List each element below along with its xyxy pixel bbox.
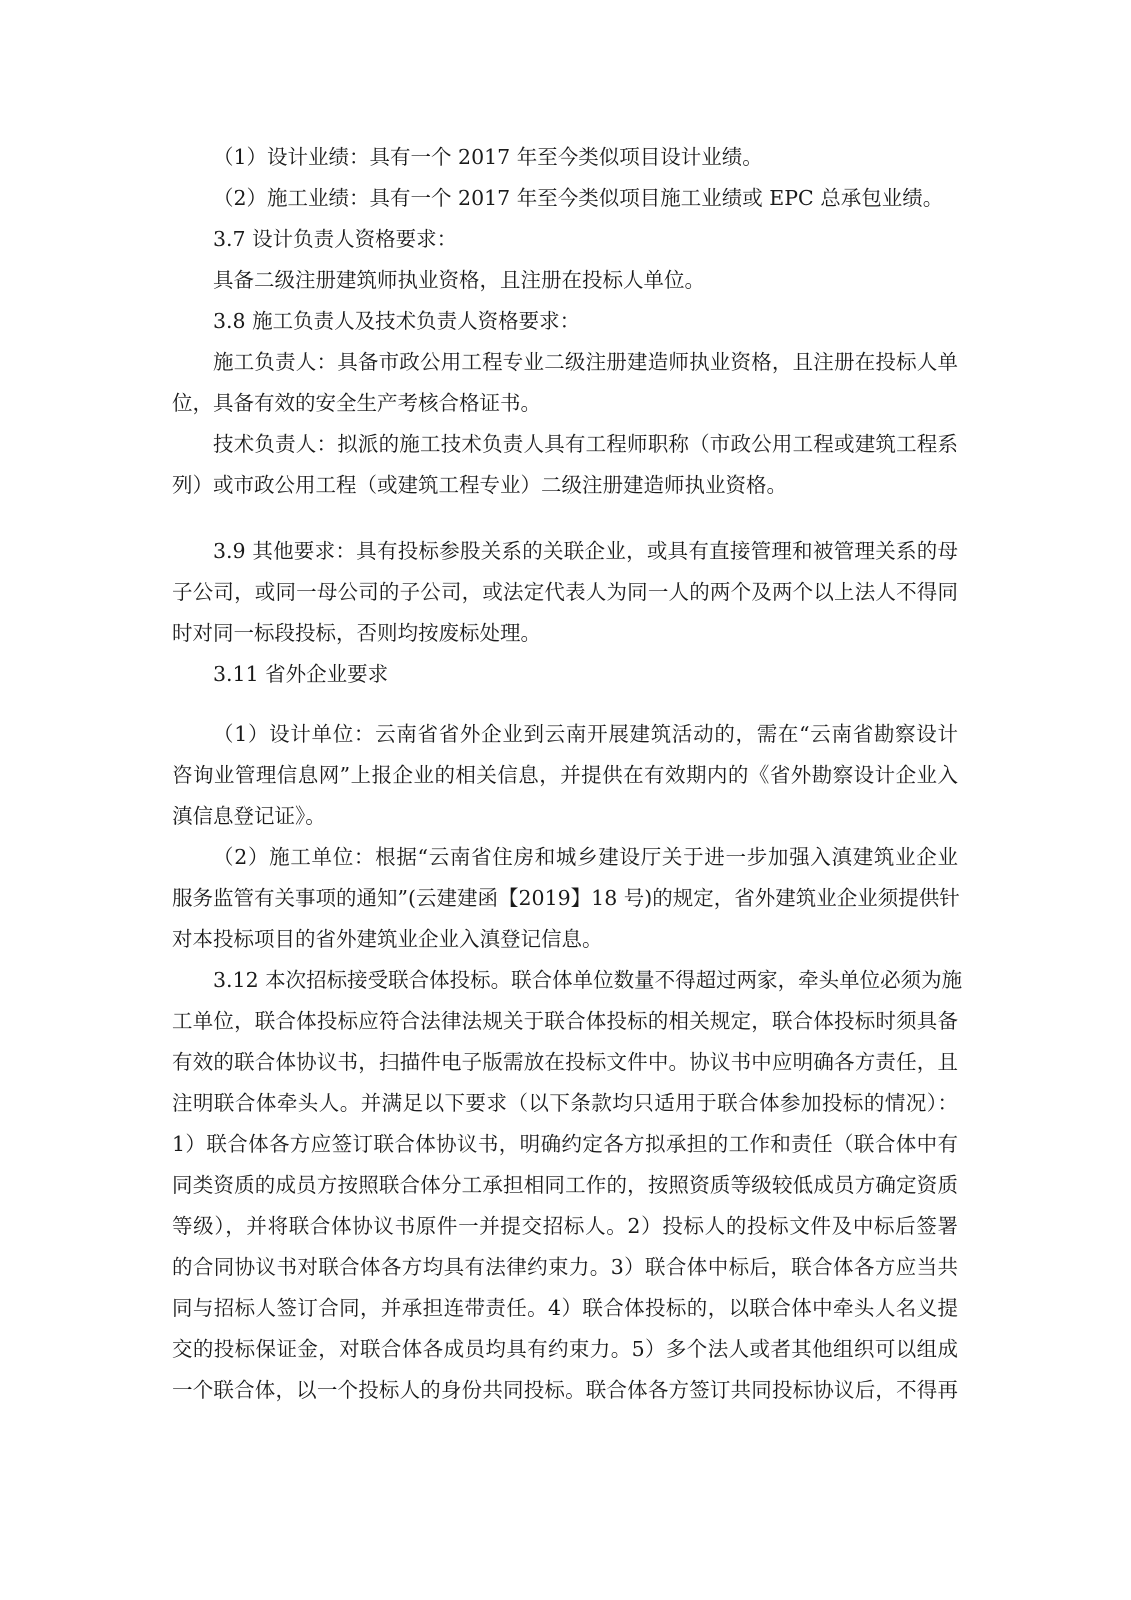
paragraph-line: 施工负责人：具备市政公用工程专业二级注册建造师执业资格，且注册在投标人单 <box>213 348 958 376</box>
paragraph-line: 同与招标人签订合同，并承担连带责任。4）联合体投标的，以联合体中牵头人名义提 <box>172 1294 958 1322</box>
paragraph-line: 等级），并将联合体协议书原件一并提交招标人。2）投标人的投标文件及中标后签署 <box>172 1212 958 1240</box>
paragraph-line: （2）施工单位：根据“云南省住房和城乡建设厅关于进一步加强入滇建筑业企业 <box>213 843 958 871</box>
paragraph-line: 的合同协议书对联合体各方均具有法律约束力。3）联合体中标后，联合体各方应当共 <box>172 1253 958 1281</box>
paragraph-line: （2）施工业绩：具有一个 2017 年至今类似项目施工业绩或 EPC 总承包业绩… <box>213 184 958 212</box>
paragraph-line: 同类资质的成员方按照联合体分工承担相同工作的，按照资质等级较低成员方确定资质 <box>172 1171 958 1199</box>
paragraph-line: 一个联合体，以一个投标人的身份共同投标。联合体各方签订共同投标协议后，不得再 <box>172 1376 958 1404</box>
paragraph-line: 有效的联合体协议书，扫描件电子版需放在投标文件中。协议书中应明确各方责任，且 <box>172 1048 958 1076</box>
paragraph-line: 3.7 设计负责人资格要求： <box>213 225 958 253</box>
paragraph-line: 具备二级注册建筑师执业资格，且注册在投标人单位。 <box>213 266 958 294</box>
paragraph-line: 交的投标保证金，对联合体各成员均具有约束力。5）多个法人或者其他组织可以组成 <box>172 1335 958 1363</box>
paragraph-line: 列）或市政公用工程（或建筑工程专业）二级注册建造师执业资格。 <box>172 471 958 499</box>
paragraph-line: 3.8 施工负责人及技术负责人资格要求： <box>213 307 958 335</box>
paragraph-line: 1）联合体各方应签订联合体协议书，明确约定各方拟承担的工作和责任（联合体中有 <box>172 1130 958 1158</box>
paragraph-line: 位，具备有效的安全生产考核合格证书。 <box>172 389 958 417</box>
paragraph-line: （1）设计业绩：具有一个 2017 年至今类似项目设计业绩。 <box>213 143 958 171</box>
paragraph-line: 3.12 本次招标接受联合体投标。联合体单位数量不得超过两家，牵头单位必须为施 <box>213 966 958 994</box>
paragraph-line: 咨询业管理信息网”上报企业的相关信息，并提供在有效期内的《省外勘察设计企业入 <box>172 761 958 789</box>
paragraph-line: 3.9 其他要求：具有投标参股关系的关联企业，或具有直接管理和被管理关系的母 <box>213 537 958 565</box>
paragraph-line: 时对同一标段投标，否则均按废标处理。 <box>172 619 958 647</box>
paragraph-line: 技术负责人：拟派的施工技术负责人具有工程师职称（市政公用工程或建筑工程系 <box>213 430 958 458</box>
paragraph-line: 滇信息登记证》。 <box>172 802 958 830</box>
paragraph-line: 对本投标项目的省外建筑业企业入滇登记信息。 <box>172 925 958 953</box>
paragraph-line: 工单位，联合体投标应符合法律法规关于联合体投标的相关规定，联合体投标时须具备 <box>172 1007 958 1035</box>
paragraph-line: （1）设计单位：云南省省外企业到云南开展建筑活动的，需在“云南省勘察设计 <box>213 720 958 748</box>
paragraph-line: 注明联合体牵头人。并满足以下要求（以下条款均只适用于联合体参加投标的情况）： <box>172 1089 958 1117</box>
paragraph-line: 子公司，或同一母公司的子公司，或法定代表人为同一人的两个及两个以上法人不得同 <box>172 578 958 606</box>
paragraph-line: 3.11 省外企业要求 <box>213 660 958 688</box>
paragraph-line: 服务监管有关事项的通知”(云建建函【2019】18 号)的规定，省外建筑业企业须… <box>172 884 958 912</box>
document-page: （1）设计业绩：具有一个 2017 年至今类似项目设计业绩。（2）施工业绩：具有… <box>0 0 1131 1600</box>
